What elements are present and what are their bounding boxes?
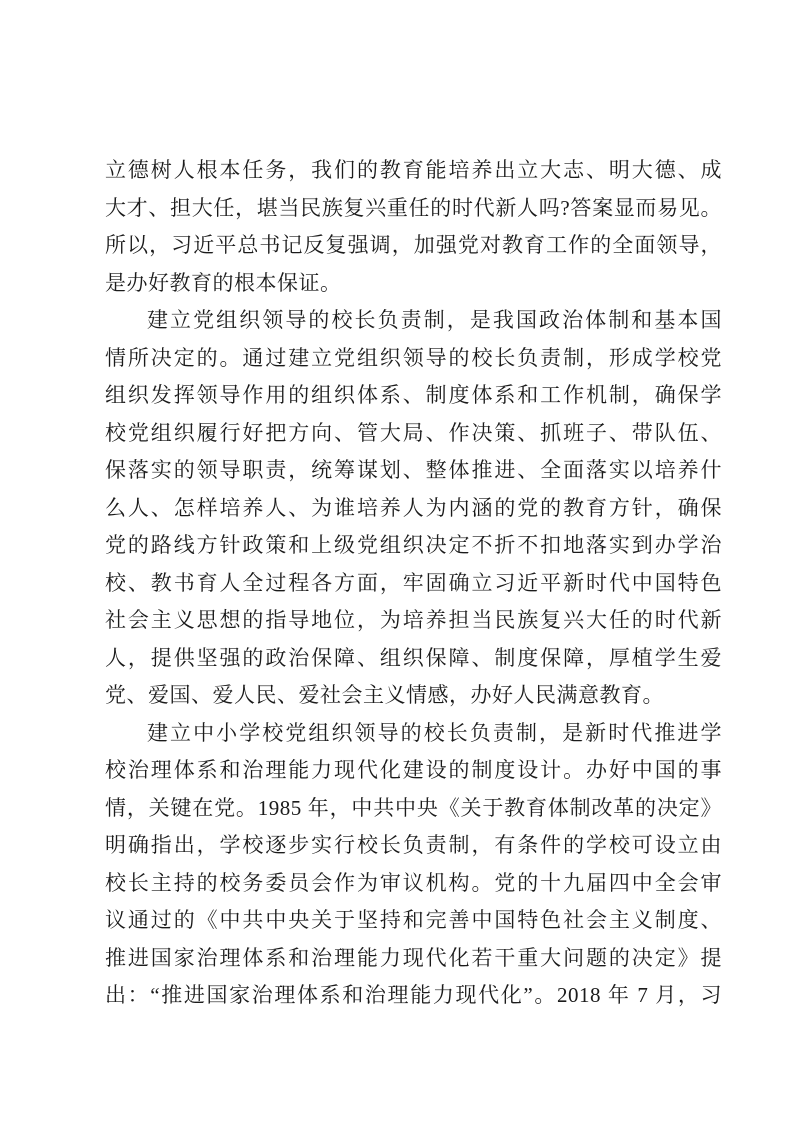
text-line: 建立党组织领导的校长负责制，是我国政治体制和基本国 [105,302,722,340]
paragraph-2: 建立党组织领导的校长负责制，是我国政治体制和基本国情所决定的。通过建立党组织领导… [105,302,722,715]
paragraph-1: 立德树人根本任务，我们的教育能培养出立大志、明大德、成大才、担大任，堪当民族复兴… [105,152,722,302]
text-line: 大才、担大任，堪当民族复兴重任的时代新人吗?答案显而易见。 [105,190,722,228]
text-line: 人，提供坚强的政治保障、组织保障、制度保障，厚植学生爱 [105,640,722,678]
text-line: 党、爱国、爱人民、爱社会主义情感，办好人民满意教育。 [105,677,722,715]
text-line: 情，关键在党。1985 年，中共中央《关于教育体制改革的决定》 [105,790,722,828]
text-line: 是办好教育的根本保证。 [105,265,722,303]
text-line: 推进国家治理体系和治理能力现代化若干重大问题的决定》提 [105,940,722,978]
text-line: 组织发挥领导作用的组织体系、制度体系和工作机制，确保学 [105,377,722,415]
document-text-block: 立德树人根本任务，我们的教育能培养出立大志、明大德、成大才、担大任，堪当民族复兴… [105,152,722,1015]
text-line: 校、教书育人全过程各方面，牢固确立习近平新时代中国特色 [105,565,722,603]
text-line: 党的路线方针政策和上级党组织决定不折不扣地落实到办学治 [105,527,722,565]
text-line: 校治理体系和治理能力现代化建设的制度设计。办好中国的事 [105,752,722,790]
text-line: 校长主持的校务委员会作为审议机构。党的十九届四中全会审 [105,865,722,903]
text-line: 么人、怎样培养人、为谁培养人为内涵的党的教育方针，确保 [105,490,722,528]
text-line: 议通过的《中共中央关于坚持和完善中国特色社会主义制度、 [105,902,722,940]
text-line: 出：“推进国家治理体系和治理能力现代化”。2018 年 7 月，习 [105,977,722,1015]
document-page: 立德树人根本任务，我们的教育能培养出立大志、明大德、成大才、担大任，堪当民族复兴… [0,0,793,1122]
text-line: 立德树人根本任务，我们的教育能培养出立大志、明大德、成 [105,152,722,190]
text-line: 所以，习近平总书记反复强调，加强党对教育工作的全面领导， [105,227,722,265]
paragraph-3: 建立中小学校党组织领导的校长负责制，是新时代推进学校治理体系和治理能力现代化建设… [105,715,722,1015]
text-line: 情所决定的。通过建立党组织领导的校长负责制，形成学校党 [105,340,722,378]
text-line: 明确指出，学校逐步实行校长负责制，有条件的学校可设立由 [105,827,722,865]
text-line: 社会主义思想的指导地位，为培养担当民族复兴大任的时代新 [105,602,722,640]
text-line: 建立中小学校党组织领导的校长负责制，是新时代推进学 [105,715,722,753]
text-line: 校党组织履行好把方向、管大局、作决策、抓班子、带队伍、 [105,415,722,453]
text-line: 保落实的领导职责，统筹谋划、整体推进、全面落实以培养什 [105,452,722,490]
